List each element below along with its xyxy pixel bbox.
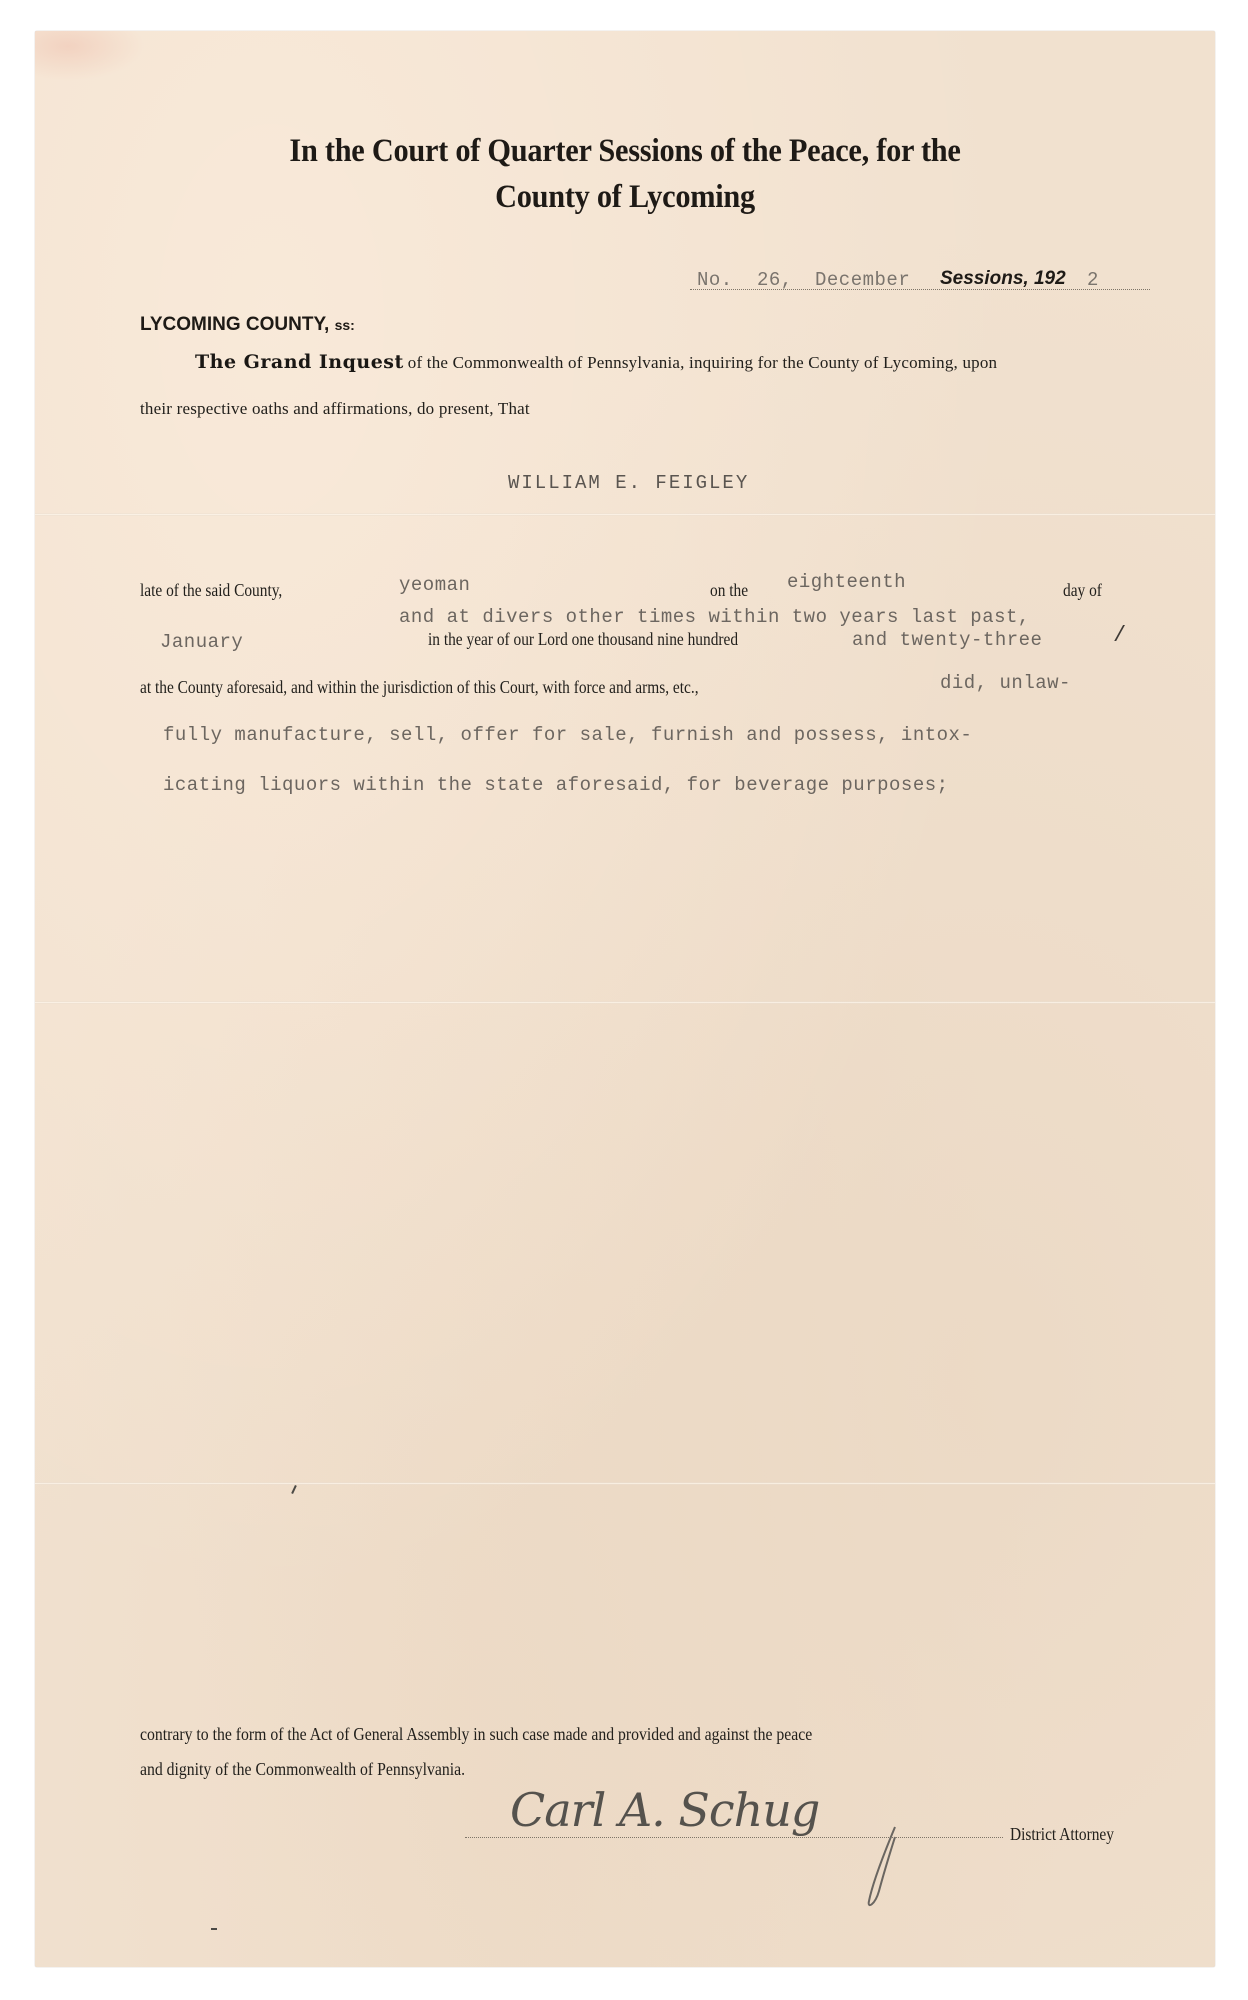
venue-heading: LYCOMING COUNTY, ss:	[140, 314, 355, 336]
session-year-digit: 2	[1087, 269, 1099, 291]
closing-line2: and dignity of the Commonwealth of Penns…	[140, 1759, 465, 1780]
charge-start: did, unlaw-	[940, 672, 1071, 694]
session-no-prefix: No.	[697, 269, 733, 291]
intro-paragraph-line2: their respective oaths and affirmations,…	[140, 399, 530, 419]
charge-line3: icating liquors within the state aforesa…	[163, 774, 949, 796]
fold-line	[35, 513, 1215, 516]
late-of-county-label: late of the said County,	[140, 580, 282, 601]
year-mark: /	[1113, 623, 1127, 648]
fold-line	[35, 1001, 1215, 1004]
court-title-line2: County of Lycoming	[82, 179, 1168, 216]
document-page: In the Court of Quarter Sessions of the …	[35, 31, 1215, 1967]
day-of-label: day of	[1063, 580, 1102, 601]
intro-text: of the Commonwealth of Pennsylvania, inq…	[408, 353, 997, 372]
venue-ss: ss:	[335, 317, 355, 333]
day-ordinal-value: eighteenth	[787, 571, 906, 593]
session-month: December	[815, 269, 910, 291]
corner-stain	[35, 31, 145, 81]
year-typed-value: and twenty-three	[852, 629, 1042, 651]
on-the-label: on the	[710, 580, 748, 601]
intro-paragraph-line1: The Grand Inquest of the Commonwealth of…	[195, 351, 997, 373]
fold-line	[35, 1482, 1215, 1485]
month-value: January	[160, 631, 243, 653]
stray-mark	[211, 1928, 217, 1930]
closing-line1: contrary to the form of the Act of Gener…	[140, 1724, 812, 1745]
signature-flourish	[855, 1821, 915, 1911]
occupation-value: yeoman	[399, 574, 470, 596]
defendant-name: WILLIAM E. FEIGLEY	[508, 472, 749, 494]
sessions-label: Sessions, 192	[940, 268, 1066, 290]
grand-inquest-heading: The Grand Inquest	[195, 351, 404, 373]
signature: Carl A. Schug	[510, 1783, 819, 1837]
session-number: 26,	[757, 269, 793, 291]
year-phrase-label: in the year of our Lord one thousand nin…	[428, 629, 738, 650]
venue-county: LYCOMING COUNTY,	[140, 314, 329, 335]
charge-line2: fully manufacture, sell, offer for sale,…	[163, 724, 972, 746]
signature-title: District Attorney	[1010, 1824, 1114, 1845]
jurisdiction-text: at the County aforesaid, and within the …	[140, 677, 699, 698]
court-title-line1: In the Court of Quarter Sessions of the …	[82, 133, 1168, 170]
divers-times-text: and at divers other times within two yea…	[399, 606, 1030, 628]
signature-line	[465, 1837, 1003, 1838]
stray-mark	[291, 1485, 297, 1494]
